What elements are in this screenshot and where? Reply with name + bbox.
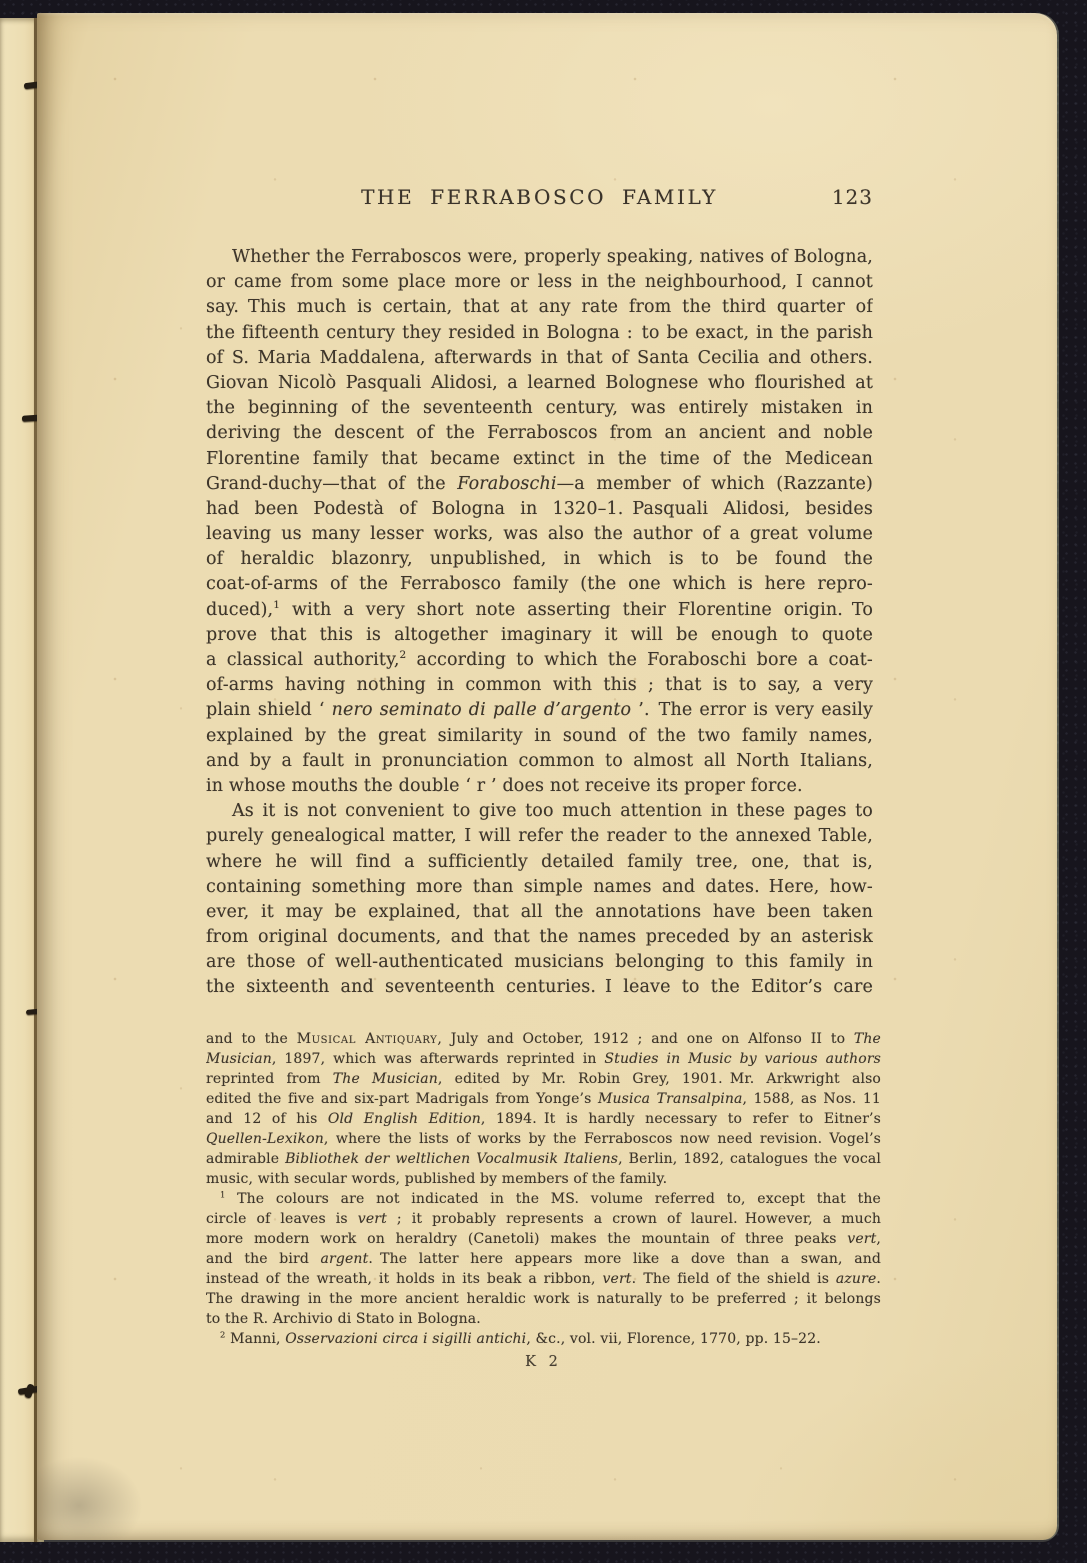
paragraph: 1 The colours are not indicated in the M… (206, 1189, 881, 1329)
page-number: 123 (832, 183, 873, 211)
text-line: explained by the great similarity in sou… (206, 724, 873, 749)
text-segment: edited the five and six-part Madrigals f… (206, 1091, 598, 1107)
text-segment: Foraboschi (457, 474, 556, 494)
text-segment: —a member of which (Razzante) (557, 474, 873, 494)
text-line: plain shield ‘ nero seminato di palle d’… (206, 698, 873, 723)
text-line: the fifteenth century they resided in Bo… (206, 321, 873, 346)
text-line: a classical authority,2 according to whi… (206, 648, 873, 673)
text-line: had been Podestà of Bologna in 1320–1. P… (206, 497, 873, 522)
text-line: ever, it may be explained, that all the … (206, 900, 873, 925)
text-segment: in whose mouths the double ‘ r ’ does no… (206, 776, 803, 796)
text-segment: Osservazioni circa i sigilli antichi (285, 1331, 526, 1347)
text-segment: vert (602, 1271, 631, 1287)
text-line: 2 Manni, Osservazioni circa i sigilli an… (206, 1329, 881, 1349)
text-segment: where he will find a sufficiently detail… (206, 852, 873, 872)
text-line: Giovan Nicolò Pasquali Alidosi, a learne… (206, 371, 873, 396)
text-line: Musician, 1897, which was afterwards rep… (206, 1049, 881, 1069)
text-segment: of S. Maria Maddalena, afterwards in tha… (206, 348, 873, 368)
running-title: THE FERRABOSCO FAMILY (206, 183, 873, 211)
text-segment: , 1894. It is hardly necessary to refer … (481, 1111, 881, 1127)
text-segment: . The latter here appears more like a do… (368, 1251, 881, 1267)
text-segment: ; it probably represents a crown of laur… (387, 1211, 881, 1227)
text-segment: Grand-duchy—that of the (206, 474, 457, 494)
text-segment: Giovan Nicolò Pasquali Alidosi, a learne… (206, 373, 873, 393)
text-line: and to the Musical Antiquary, July and O… (206, 1029, 881, 1049)
text-segment: leaving us many lesser works, was also t… (206, 524, 873, 544)
text-column: THE FERRABOSCO FAMILY 123 Whether the Fe… (206, 183, 881, 1370)
text-segment: instead of the wreath, it holds in its b… (206, 1271, 602, 1287)
text-segment: plain shield ‘ (206, 700, 332, 720)
text-segment: azure (836, 1271, 876, 1287)
text-segment: prove that this is altogether imaginary … (206, 625, 873, 645)
text-segment: The (854, 1031, 881, 1047)
paragraph: and to the Musical Antiquary, July and O… (206, 1029, 881, 1189)
text-line: coat-of-arms of the Ferrabosco family (t… (206, 572, 873, 597)
text-segment: containing something more than simple na… (206, 877, 873, 897)
text-segment: deriving the descent of the Ferraboscos … (206, 423, 873, 443)
text-segment: The colours are not indicated in the MS.… (225, 1191, 881, 1207)
text-segment: vert (358, 1211, 387, 1227)
text-line: of heraldic blazonry, unpublished, in wh… (206, 547, 873, 572)
body-text: Whether the Ferraboscos were, properly s… (206, 245, 873, 1001)
text-line: prove that this is altogether imaginary … (206, 623, 873, 648)
text-segment: of heraldic blazonry, unpublished, in wh… (206, 549, 873, 569)
text-segment: of-arms having nothing in common with th… (206, 675, 873, 695)
text-segment: . The field of the shield is (632, 1271, 836, 1287)
text-segment: the fifteenth century they resided in Bo… (206, 323, 873, 343)
text-segment: , July and October, 1912 ; and one on Al… (437, 1031, 854, 1047)
text-line: edited the five and six-part Madrigals f… (206, 1089, 881, 1109)
paragraph: As it is not convenient to give too much… (206, 799, 873, 1001)
text-segment: Whether the Ferraboscos were, properly s… (232, 247, 873, 267)
text-line: of S. Maria Maddalena, afterwards in tha… (206, 346, 873, 371)
text-segment: from original documents, and that the na… (206, 927, 873, 947)
text-segment: to the R. Archivio di Stato in Bologna. (206, 1311, 481, 1327)
text-line: containing something more than simple na… (206, 875, 873, 900)
text-line: Florentine family that became extinct in… (206, 447, 873, 472)
text-segment: admirable (206, 1151, 285, 1167)
text-segment: nero seminato di palle d’argento (332, 700, 632, 720)
text-segment: say. This much is certain, that at any r… (206, 297, 873, 317)
text-line: from original documents, and that the na… (206, 925, 873, 950)
text-line: and by a fault in pronunciation common t… (206, 749, 873, 774)
text-segment: with a very short note asserting their F… (280, 600, 873, 620)
signature-mark: K 2 (206, 1354, 881, 1370)
text-line: more modern work on heraldry (Canetoli) … (206, 1229, 881, 1249)
text-line: of-arms having nothing in common with th… (206, 673, 873, 698)
text-line: the sixteenth and seventeenth centuries.… (206, 975, 873, 1000)
text-segment: a classical authority, (206, 650, 400, 670)
text-segment: Florentine family that became extinct in… (206, 449, 873, 469)
text-line: instead of the wreath, it holds in its b… (206, 1269, 881, 1289)
text-segment: the sixteenth and seventeenth centuries.… (206, 977, 873, 997)
text-segment: , &c., vol. vii, Florence, 1770, pp. 15–… (526, 1331, 821, 1347)
text-segment: Studies in Music by various authors (604, 1051, 881, 1067)
text-segment: ’. The error is very easily (631, 700, 873, 720)
text-line: where he will find a sufficiently detail… (206, 850, 873, 875)
text-segment: circle of leaves is (206, 1211, 358, 1227)
text-segment: The Musician (333, 1071, 438, 1087)
text-line: Quellen-Lexikon, where the lists of work… (206, 1129, 881, 1149)
text-segment: or came from some place more or less in … (206, 272, 873, 292)
text-segment: , edited by Mr. Robin Grey, 1901. Mr. Ar… (438, 1071, 881, 1087)
text-segment: , Berlin, 1892, catalogues the vocal (618, 1151, 881, 1167)
paragraph: 2 Manni, Osservazioni circa i sigilli an… (206, 1329, 881, 1349)
text-segment: argent (321, 1251, 369, 1267)
text-line: in whose mouths the double ‘ r ’ does no… (206, 774, 873, 799)
book-page: THE FERRABOSCO FAMILY 123 Whether the Fe… (37, 13, 1057, 1540)
text-line: 1 The colours are not indicated in the M… (206, 1189, 881, 1209)
text-line: circle of leaves is vert ; it probably r… (206, 1209, 881, 1229)
text-segment: music, with secular words, published by … (206, 1171, 667, 1187)
text-segment: more modern work on heraldry (Canetoli) … (206, 1231, 847, 1247)
text-segment: , (876, 1231, 881, 1247)
text-segment: Manni, (225, 1331, 285, 1347)
text-line: purely genealogical matter, I will refer… (206, 824, 873, 849)
text-segment: duced), (206, 600, 273, 620)
text-line: and 12 of his Old English Edition, 1894.… (206, 1109, 881, 1129)
text-segment: , 1897, which was afterwards reprinted i… (272, 1051, 605, 1067)
text-line: music, with secular words, published by … (206, 1169, 881, 1189)
text-line: to the R. Archivio di Stato in Bologna. (206, 1309, 881, 1329)
paragraph: Whether the Ferraboscos were, properly s… (206, 245, 873, 799)
footnotes: and to the Musical Antiquary, July and O… (206, 1029, 881, 1349)
text-line: reprinted from The Musician, edited by M… (206, 1069, 881, 1089)
text-segment: Musician (206, 1051, 272, 1067)
text-segment: are those of well-authenticated musician… (206, 952, 873, 972)
text-line: or came from some place more or less in … (206, 270, 873, 295)
page-fold-shadow (37, 1350, 187, 1540)
text-segment: according to which the Foraboschi bore a… (406, 650, 873, 670)
text-segment: Quellen-Lexikon (206, 1131, 324, 1147)
text-segment: , 1588, as Nos. 11 (743, 1091, 881, 1107)
text-line: duced),1 with a very short note assertin… (206, 598, 873, 623)
text-line: are those of well-authenticated musician… (206, 950, 873, 975)
text-line: the beginning of the seventeenth century… (206, 396, 873, 421)
text-segment: Musica Transalpina (598, 1091, 743, 1107)
text-segment: and 12 of his (206, 1111, 328, 1127)
text-segment: and the bird (206, 1251, 321, 1267)
text-line: leaving us many lesser works, was also t… (206, 522, 873, 547)
page-header: THE FERRABOSCO FAMILY 123 (206, 183, 873, 211)
text-line: and the bird argent. The latter here app… (206, 1249, 881, 1269)
text-segment: Old English Edition (328, 1111, 481, 1127)
text-segment: had been Podestà of Bologna in 1320–1. P… (206, 499, 873, 519)
text-segment: Bibliothek der weltlichen Vocalmusik Ita… (285, 1151, 618, 1167)
text-segment: . (876, 1271, 881, 1287)
text-segment: and by a fault in pronunciation common t… (206, 751, 873, 771)
book-photo: { "page": { "header": { "title": "THE FE… (0, 0, 1087, 1563)
text-line: deriving the descent of the Ferraboscos … (206, 421, 873, 446)
text-segment: the beginning of the seventeenth century… (206, 398, 873, 418)
text-segment: , where the lists of works by the Ferrab… (324, 1131, 881, 1147)
text-line: Grand-duchy—that of the Foraboschi—a mem… (206, 472, 873, 497)
text-segment: and to the (206, 1031, 297, 1047)
text-segment: Musical Antiquary (297, 1031, 438, 1047)
text-line: Whether the Ferraboscos were, properly s… (206, 245, 873, 270)
text-segment: ever, it may be explained, that all the … (206, 902, 873, 922)
text-segment: vert (847, 1231, 876, 1247)
text-segment: The drawing in the more ancient heraldic… (206, 1291, 881, 1307)
text-line: As it is not convenient to give too much… (206, 799, 873, 824)
text-segment: explained by the great similarity in sou… (206, 726, 873, 746)
text-line: The drawing in the more ancient heraldic… (206, 1289, 881, 1309)
text-line: say. This much is certain, that at any r… (206, 295, 873, 320)
text-line: admirable Bibliothek der weltlichen Voca… (206, 1149, 881, 1169)
text-segment: reprinted from (206, 1071, 333, 1087)
text-segment: purely genealogical matter, I will refer… (206, 826, 873, 846)
text-segment: As it is not convenient to give too much… (232, 801, 873, 821)
text-segment: coat-of-arms of the Ferrabosco family (t… (206, 574, 873, 594)
